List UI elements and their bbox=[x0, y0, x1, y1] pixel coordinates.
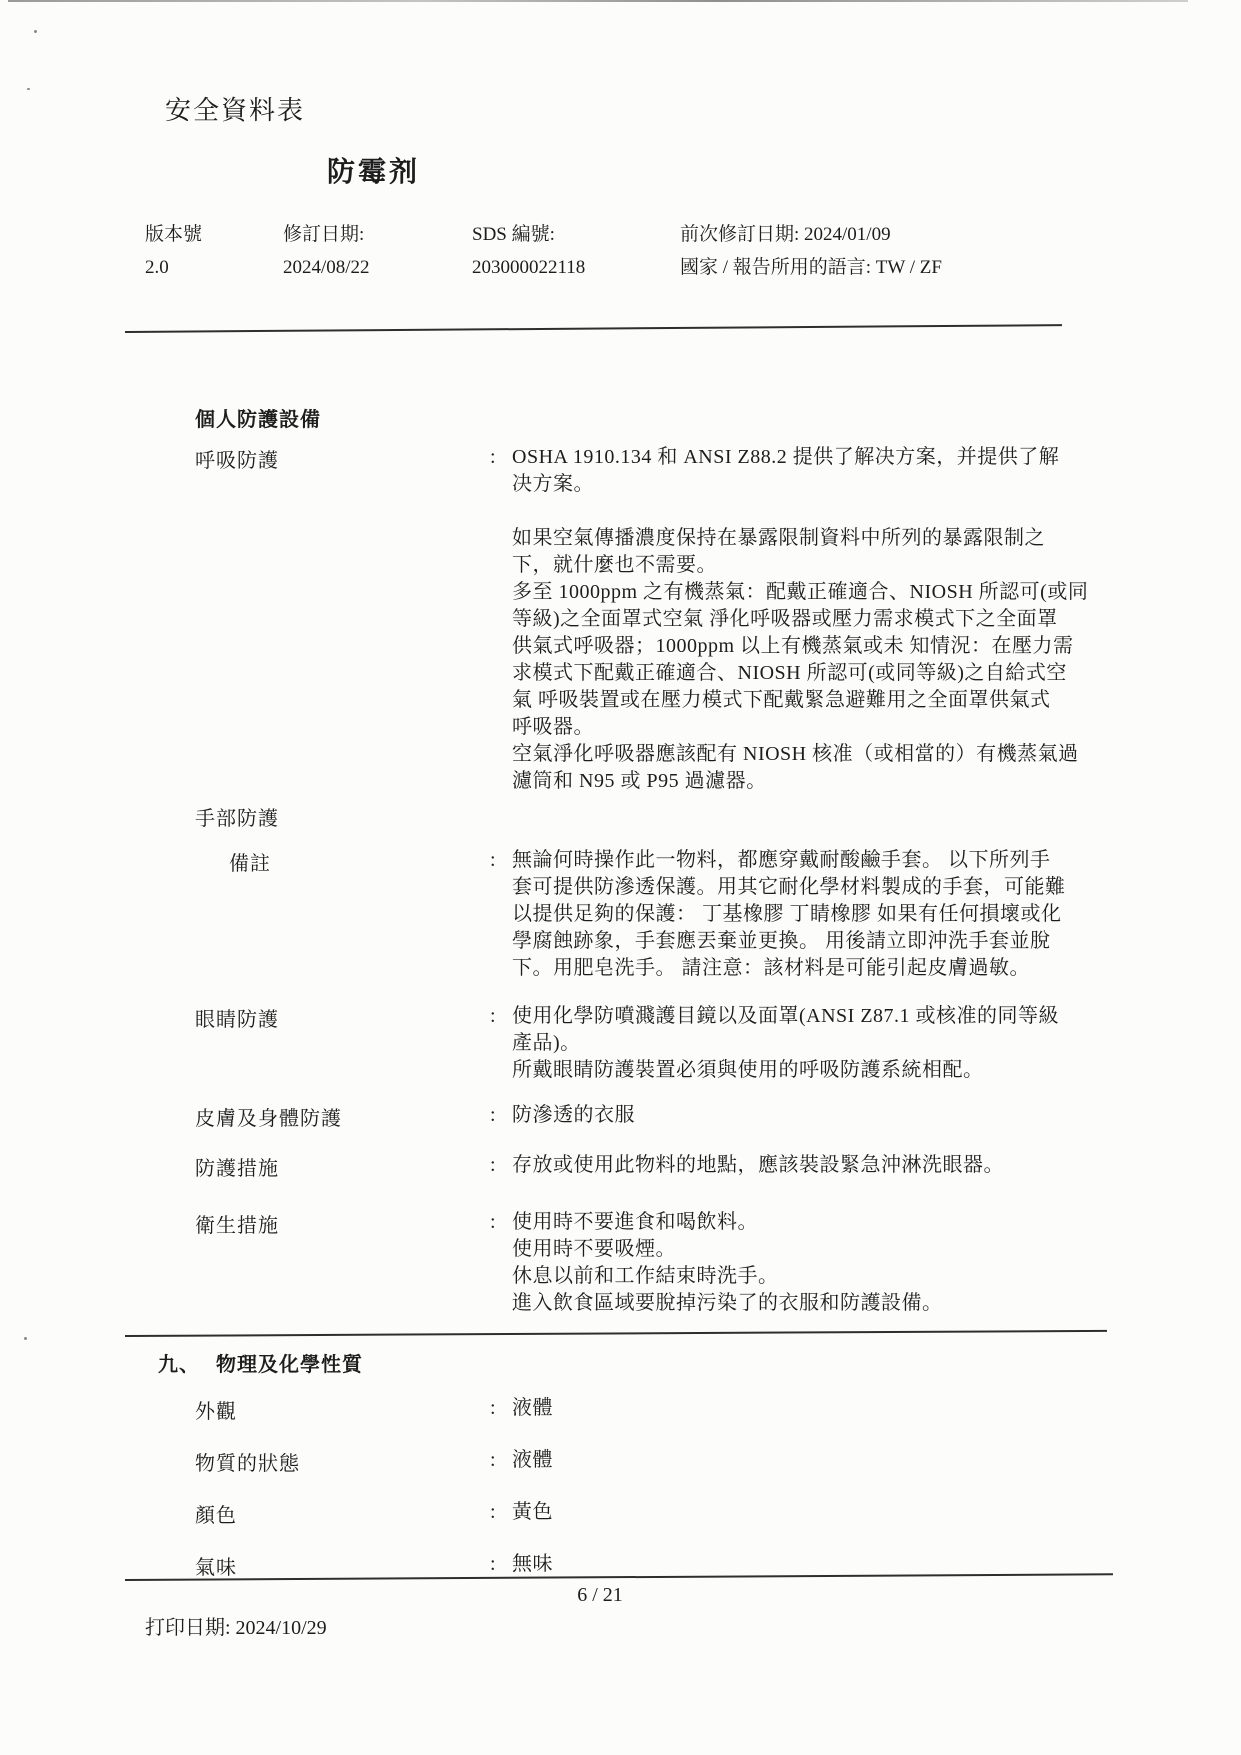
field-value: OSHA 1910.134 和 ANSI Z88.2 提供了解决方案，并提供了解… bbox=[512, 444, 1215, 795]
previous-revision-date: 前次修訂日期: 2024/01/09 bbox=[680, 222, 942, 248]
field-label: 手部防護 bbox=[195, 802, 490, 831]
field-value: 液體 bbox=[512, 1447, 1215, 1474]
field-value: 使用化學防噴濺護目鏡以及面罩(ANSI Z87.1 或核准的同等級 產品)。 所… bbox=[512, 1003, 1215, 1084]
field-row-appearance: 外觀 : 液體 bbox=[195, 1395, 1215, 1424]
field-label: 皮膚及身體防護 bbox=[195, 1102, 490, 1131]
value-line: 如果空氣傳播濃度保持在暴露限制資料中所列的暴露限制之 bbox=[512, 525, 1215, 552]
field-label: 備註 bbox=[195, 847, 490, 876]
value-line: 濾筒和 N95 或 P95 過濾器。 bbox=[512, 768, 1215, 795]
field-label: 防護措施 bbox=[195, 1152, 490, 1181]
value-line: 存放或使用此物料的地點，應該裝設緊急沖淋洗眼器。 bbox=[512, 1152, 1215, 1179]
sds-number-value: 203000022118 bbox=[472, 255, 680, 281]
field-colon: : bbox=[490, 1551, 512, 1578]
field-row-color: 顏色 : 黃色 bbox=[195, 1499, 1215, 1528]
field-colon: : bbox=[490, 1209, 512, 1236]
field-label: 顏色 bbox=[195, 1499, 490, 1528]
scan-speck bbox=[34, 30, 37, 33]
field-colon: : bbox=[490, 1003, 512, 1030]
value-line: 下。用肥皂洗手。 請注意：該材料是可能引起皮膚過敏。 bbox=[512, 955, 1215, 982]
field-row-eye-protection: 眼睛防護 : 使用化學防噴濺護目鏡以及面罩(ANSI Z87.1 或核准的同等級… bbox=[195, 1003, 1215, 1084]
document-title: 安全資料表 bbox=[165, 90, 305, 127]
value-line: 等級)之全面罩式空氣 淨化呼吸器或壓力需求模式下之全面罩 bbox=[512, 606, 1215, 633]
section9-number: 九、 bbox=[158, 1354, 200, 1376]
horizontal-rule bbox=[125, 1330, 1107, 1337]
value-line: 决方案。 bbox=[512, 471, 1215, 498]
value-line: 供氣式呼吸器；1000ppm 以上有機蒸氣或未 知情況：在壓力需 bbox=[512, 633, 1215, 660]
revision-date-label: 修訂日期: bbox=[283, 222, 472, 248]
field-row-physical-state: 物質的狀態 : 液體 bbox=[195, 1447, 1215, 1476]
field-colon: : bbox=[490, 1395, 512, 1422]
field-label: 呼吸防護 bbox=[195, 444, 490, 473]
field-colon: : bbox=[490, 444, 512, 471]
value-line: 產品)。 bbox=[512, 1030, 1215, 1057]
section9-rows: 外觀 : 液體 物質的狀態 : 液體 顏色 : 黃色 氣味 : 無味 bbox=[195, 1395, 1215, 1603]
section9-title: 物理及化學性質 bbox=[216, 1354, 363, 1376]
version-value: 2.0 bbox=[145, 255, 283, 281]
field-label: 衛生措施 bbox=[195, 1209, 490, 1238]
value-line: OSHA 1910.134 和 ANSI Z88.2 提供了解决方案，并提供了解 bbox=[512, 444, 1215, 471]
field-label: 氣味 bbox=[195, 1551, 490, 1580]
value-line: 使用化學防噴濺護目鏡以及面罩(ANSI Z87.1 或核准的同等級 bbox=[512, 1003, 1215, 1030]
value-line: 以提供足夠的保護： 丁基橡膠 丁睛橡膠 如果有任何損壞或化 bbox=[512, 901, 1215, 928]
value-line bbox=[512, 498, 1215, 525]
value-line: 套可提供防滲透保護。用其它耐化學材料製成的手套，可能難 bbox=[512, 874, 1215, 901]
country-language: 國家 / 報告所用的語言: TW / ZF bbox=[680, 255, 942, 281]
product-name: 防霉剂 bbox=[327, 150, 420, 190]
print-date: 打印日期: 2024/10/29 bbox=[145, 1611, 327, 1640]
field-row-remarks: 備註 : 無論何時操作此一物料，都應穿戴耐酸鹼手套。 以下所列手 套可提供防滲透… bbox=[195, 847, 1215, 982]
field-label: 眼睛防護 bbox=[195, 1003, 490, 1032]
field-value: 防滲透的衣服 bbox=[512, 1102, 1215, 1129]
value-line: 防滲透的衣服 bbox=[512, 1102, 1215, 1129]
scan-edge-artifact bbox=[8, 0, 1188, 2]
field-row-skin-body-protection: 皮膚及身體防護 : 防滲透的衣服 bbox=[195, 1102, 1215, 1131]
field-colon: : bbox=[490, 1499, 512, 1526]
value-line: 休息以前和工作結束時洗手。 bbox=[512, 1263, 1215, 1290]
field-colon: : bbox=[490, 1102, 512, 1129]
section9-heading: 九、物理及化學性質 bbox=[158, 1348, 363, 1377]
value-line: 無論何時操作此一物料，都應穿戴耐酸鹼手套。 以下所列手 bbox=[512, 847, 1215, 874]
value-line: 學腐蝕跡象，手套應丟棄並更換。 用後請立即沖洗手套並脫 bbox=[512, 928, 1215, 955]
field-row-protective-measures: 防護措施 : 存放或使用此物料的地點，應該裝設緊急沖淋洗眼器。 bbox=[195, 1152, 1215, 1181]
field-value: 無論何時操作此一物料，都應穿戴耐酸鹼手套。 以下所列手 套可提供防滲透保護。用其… bbox=[512, 847, 1215, 982]
field-value: 黃色 bbox=[512, 1499, 1215, 1526]
value-line: 所戴眼睛防護裝置必須與使用的呼吸防護系統相配。 bbox=[512, 1057, 1215, 1084]
horizontal-rule bbox=[125, 324, 1062, 333]
field-value: 使用時不要進食和喝飲料。 使用時不要吸煙。 休息以前和工作結束時洗手。 進入飲食… bbox=[512, 1209, 1215, 1317]
value-line: 進入飲食區域要脫掉污染了的衣服和防護設備。 bbox=[512, 1290, 1215, 1317]
sds-document-page: 安全資料表 防霉剂 版本號 修訂日期: SDS 編號: 前次修訂日期: 2024… bbox=[0, 0, 1241, 1755]
field-colon: : bbox=[490, 847, 512, 874]
field-value: 存放或使用此物料的地點，應該裝設緊急沖淋洗眼器。 bbox=[512, 1152, 1215, 1179]
field-value: 液體 bbox=[512, 1395, 1215, 1422]
field-row-hand-protection: 手部防護 bbox=[195, 802, 1215, 831]
field-colon: : bbox=[490, 1447, 512, 1474]
field-label: 外觀 bbox=[195, 1395, 490, 1424]
scan-speck bbox=[24, 1337, 27, 1340]
value-line: 空氣淨化呼吸器應該配有 NIOSH 核准（或相當的）有機蒸氣過 bbox=[512, 741, 1215, 768]
revision-header: 版本號 修訂日期: SDS 編號: 前次修訂日期: 2024/01/09 2.0… bbox=[145, 222, 942, 281]
field-row-respiratory-protection: 呼吸防護 : OSHA 1910.134 和 ANSI Z88.2 提供了解决方… bbox=[195, 444, 1215, 795]
value-line: 呼吸器。 bbox=[512, 714, 1215, 741]
value-line: 下，就什麼也不需要。 bbox=[512, 552, 1215, 579]
revision-date-value: 2024/08/22 bbox=[283, 255, 472, 281]
page-number: 6 / 21 bbox=[0, 1584, 1200, 1607]
field-label: 物質的狀態 bbox=[195, 1447, 490, 1476]
sds-number-label: SDS 編號: bbox=[472, 222, 680, 248]
value-line: 多至 1000ppm 之有機蒸氣：配戴正確適合、NIOSH 所認可(或同 bbox=[512, 579, 1215, 606]
version-label: 版本號 bbox=[145, 222, 283, 248]
field-colon: : bbox=[490, 1152, 512, 1179]
ppe-section-heading: 個人防護設備 bbox=[195, 403, 321, 432]
ppe-rows: 呼吸防護 : OSHA 1910.134 和 ANSI Z88.2 提供了解决方… bbox=[195, 444, 1215, 1317]
value-line: 求模式下配戴正確適合、NIOSH 所認可(或同等級)之自給式空 bbox=[512, 660, 1215, 687]
value-line: 使用時不要進食和喝飲料。 bbox=[512, 1209, 1215, 1236]
field-row-hygiene-measures: 衛生措施 : 使用時不要進食和喝飲料。 使用時不要吸煙。 休息以前和工作結束時洗… bbox=[195, 1209, 1215, 1317]
scan-speck bbox=[27, 88, 30, 90]
value-line: 使用時不要吸煙。 bbox=[512, 1236, 1215, 1263]
value-line: 氣 呼吸裝置或在壓力模式下配戴緊急避難用之全面罩供氣式 bbox=[512, 687, 1215, 714]
